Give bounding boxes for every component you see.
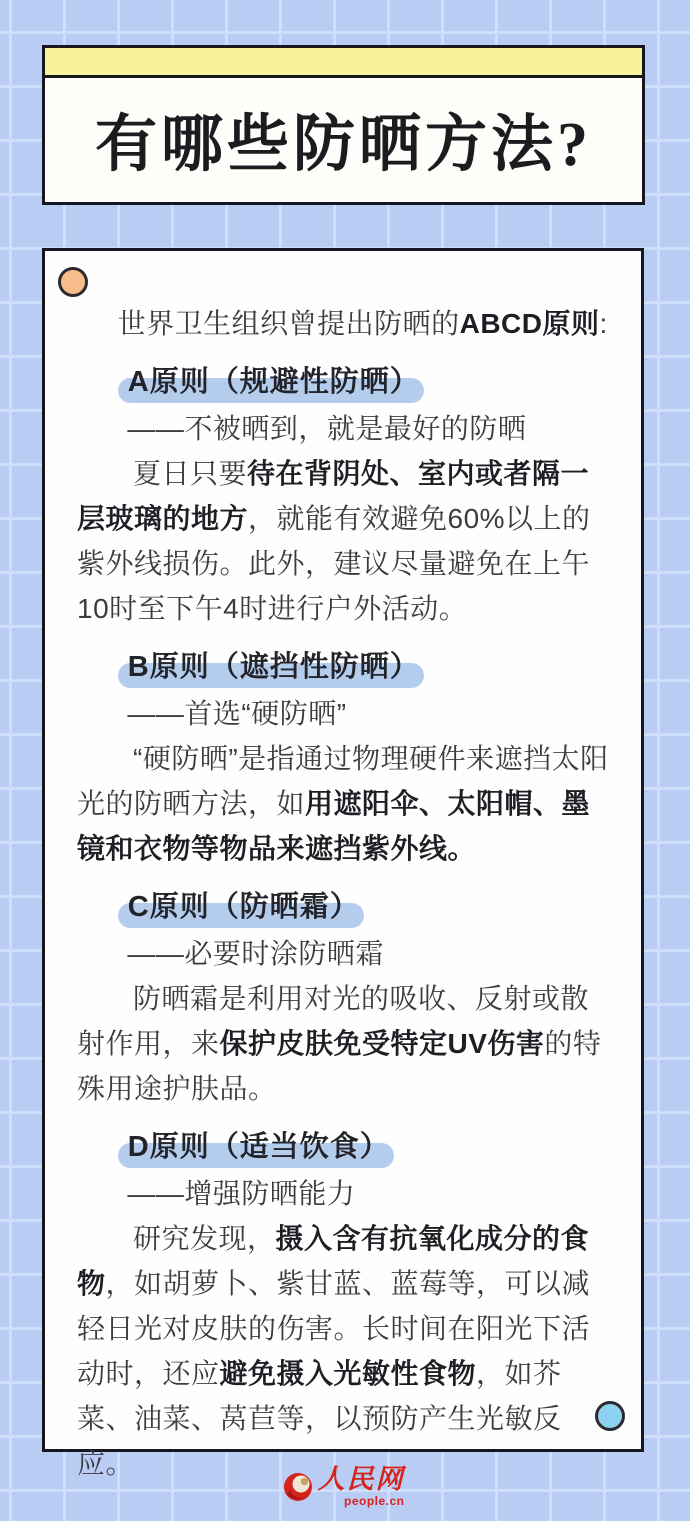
text-segment: 夏日只要 xyxy=(133,458,247,489)
orange-dot-decoration xyxy=(58,267,88,297)
title-area: 有哪些防晒方法? xyxy=(45,78,642,199)
bold-text-segment: 保护皮肤免受特定UV伤害 xyxy=(220,1028,545,1059)
section-b-paragraph: “硬防晒”是指通过物理硬件来遮挡太阳光的防晒方法，如用遮阳伞、太阳帽、墨镜和衣物… xyxy=(77,736,613,871)
section-c-subline: ——必要时涂防晒霜 xyxy=(77,931,613,976)
section-a: A原则（规避性防晒）——不被晒到，就是最好的防晒夏日只要待在背阴处、室内或者隔一… xyxy=(77,358,613,631)
intro-paragraph: 世界卫生组织曾提出防晒的ABCD原则: xyxy=(77,301,613,346)
article-body: 世界卫生组织曾提出防晒的ABCD原则:A原则（规避性防晒）——不被晒到，就是最好… xyxy=(77,301,613,1486)
text-segment: : xyxy=(600,308,608,339)
section-c-heading: C原则（防晒霜） xyxy=(128,883,360,931)
page-title: 有哪些防晒方法? xyxy=(95,94,592,183)
section-a-heading: A原则（规避性防晒） xyxy=(128,358,420,406)
section-b: B原则（遮挡性防晒）——首选“硬防晒”“硬防晒”是指通过物理硬件来遮挡太阳光的防… xyxy=(77,643,613,871)
section-d-paragraph: 研究发现，摄入含有抗氧化成分的食物，如胡萝卜、紫甘蓝、蓝莓等，可以减轻日光对皮肤… xyxy=(77,1216,613,1486)
bold-text-segment: ABCD原则 xyxy=(460,308,600,339)
text-segment: 研究发现， xyxy=(133,1223,276,1254)
section-a-subline: ——不被晒到，就是最好的防晒 xyxy=(77,406,613,451)
text-segment: 世界卫生组织曾提出防晒的 xyxy=(118,308,460,339)
section-a-paragraph: 夏日只要待在背阴处、室内或者隔一层玻璃的地方，就能有效避免60%以上的紫外线损伤… xyxy=(77,451,613,631)
section-d: D原则（适当饮食）——增强防晒能力研究发现，摄入含有抗氧化成分的食物，如胡萝卜、… xyxy=(77,1123,613,1486)
section-d-heading: D原则（适当饮食） xyxy=(128,1123,390,1171)
section-c: C原则（防晒霜）——必要时涂防晒霜防晒霜是利用对光的吸收、反射或散射作用，来保护… xyxy=(77,883,613,1111)
section-d-subline: ——增强防晒能力 xyxy=(77,1171,613,1216)
title-card-yellow-bar xyxy=(45,48,642,78)
blue-dot-decoration xyxy=(595,1401,625,1431)
logo-url-text: people.cn xyxy=(344,1495,405,1507)
content-card: 世界卫生组织曾提出防晒的ABCD原则:A原则（规避性防晒）——不被晒到，就是最好… xyxy=(42,248,644,1452)
section-c-paragraph: 防晒霜是利用对光的吸收、反射或散射作用，来保护皮肤免受特定UV伤害的特殊用途护肤… xyxy=(77,976,613,1111)
bold-text-segment: 避免摄入光敏性食物 xyxy=(220,1358,477,1389)
infographic-page: 有哪些防晒方法? 世界卫生组织曾提出防晒的ABCD原则:A原则（规避性防晒）——… xyxy=(0,0,690,1507)
section-b-heading: B原则（遮挡性防晒） xyxy=(128,643,420,691)
title-card: 有哪些防晒方法? xyxy=(42,45,645,205)
section-b-subline: ——首选“硬防晒” xyxy=(77,691,613,736)
